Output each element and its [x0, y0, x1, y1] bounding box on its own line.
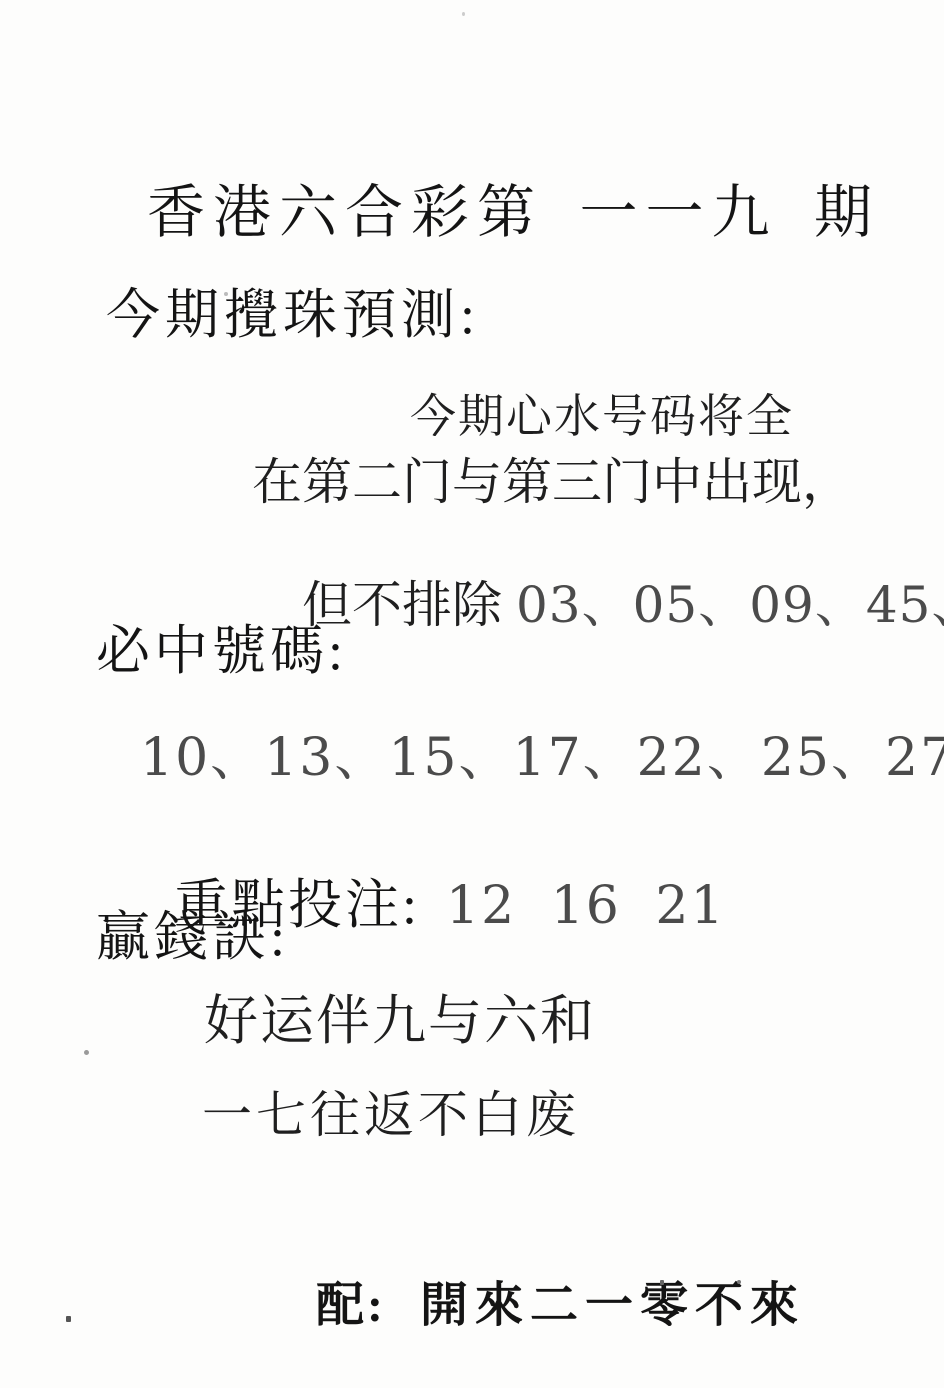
prediction-body-line3-numbers: 03、05、09、45、46: [516, 576, 944, 634]
winning-formula-heading: 贏錢訣:: [96, 908, 289, 966]
scan-speck: [462, 12, 465, 16]
pairing-label: 配:: [316, 1279, 386, 1332]
key-bet-numbers: 12 16 21: [446, 876, 726, 936]
scan-speck: [737, 1280, 741, 1284]
prediction-heading: 今期攪珠預測:: [106, 286, 480, 344]
winning-formula-line1: 好运伴九与六和: [204, 992, 596, 1050]
scan-speck: [224, 292, 228, 296]
prediction-body-line3: 但不排除03、05、09、45、46: [252, 524, 944, 686]
scan-speck: [660, 1280, 664, 1285]
scan-speck: [84, 1050, 89, 1055]
pairing-line: 配:開來二一零不來: [256, 1228, 805, 1383]
prediction-body-line1: 今期心水号码将全: [410, 392, 794, 442]
document-page: 香港六合彩第 一一九 期 今期攪珠預測: 今期心水号码将全 在第二门与第三门中出…: [0, 0, 944, 1388]
scan-speck: [66, 1316, 71, 1322]
page-title: 香港六合彩第 一一九 期: [147, 182, 880, 245]
prediction-body-line2: 在第二门与第三门中出现，: [252, 455, 852, 509]
pairing-value: 開來二一零不來: [420, 1279, 805, 1332]
must-hit-numbers: 10、13、15、17、22、25、27: [140, 730, 944, 786]
winning-formula-line2: 一七往返不白废: [202, 1088, 580, 1142]
must-hit-heading: 必中號碼:: [96, 622, 347, 680]
